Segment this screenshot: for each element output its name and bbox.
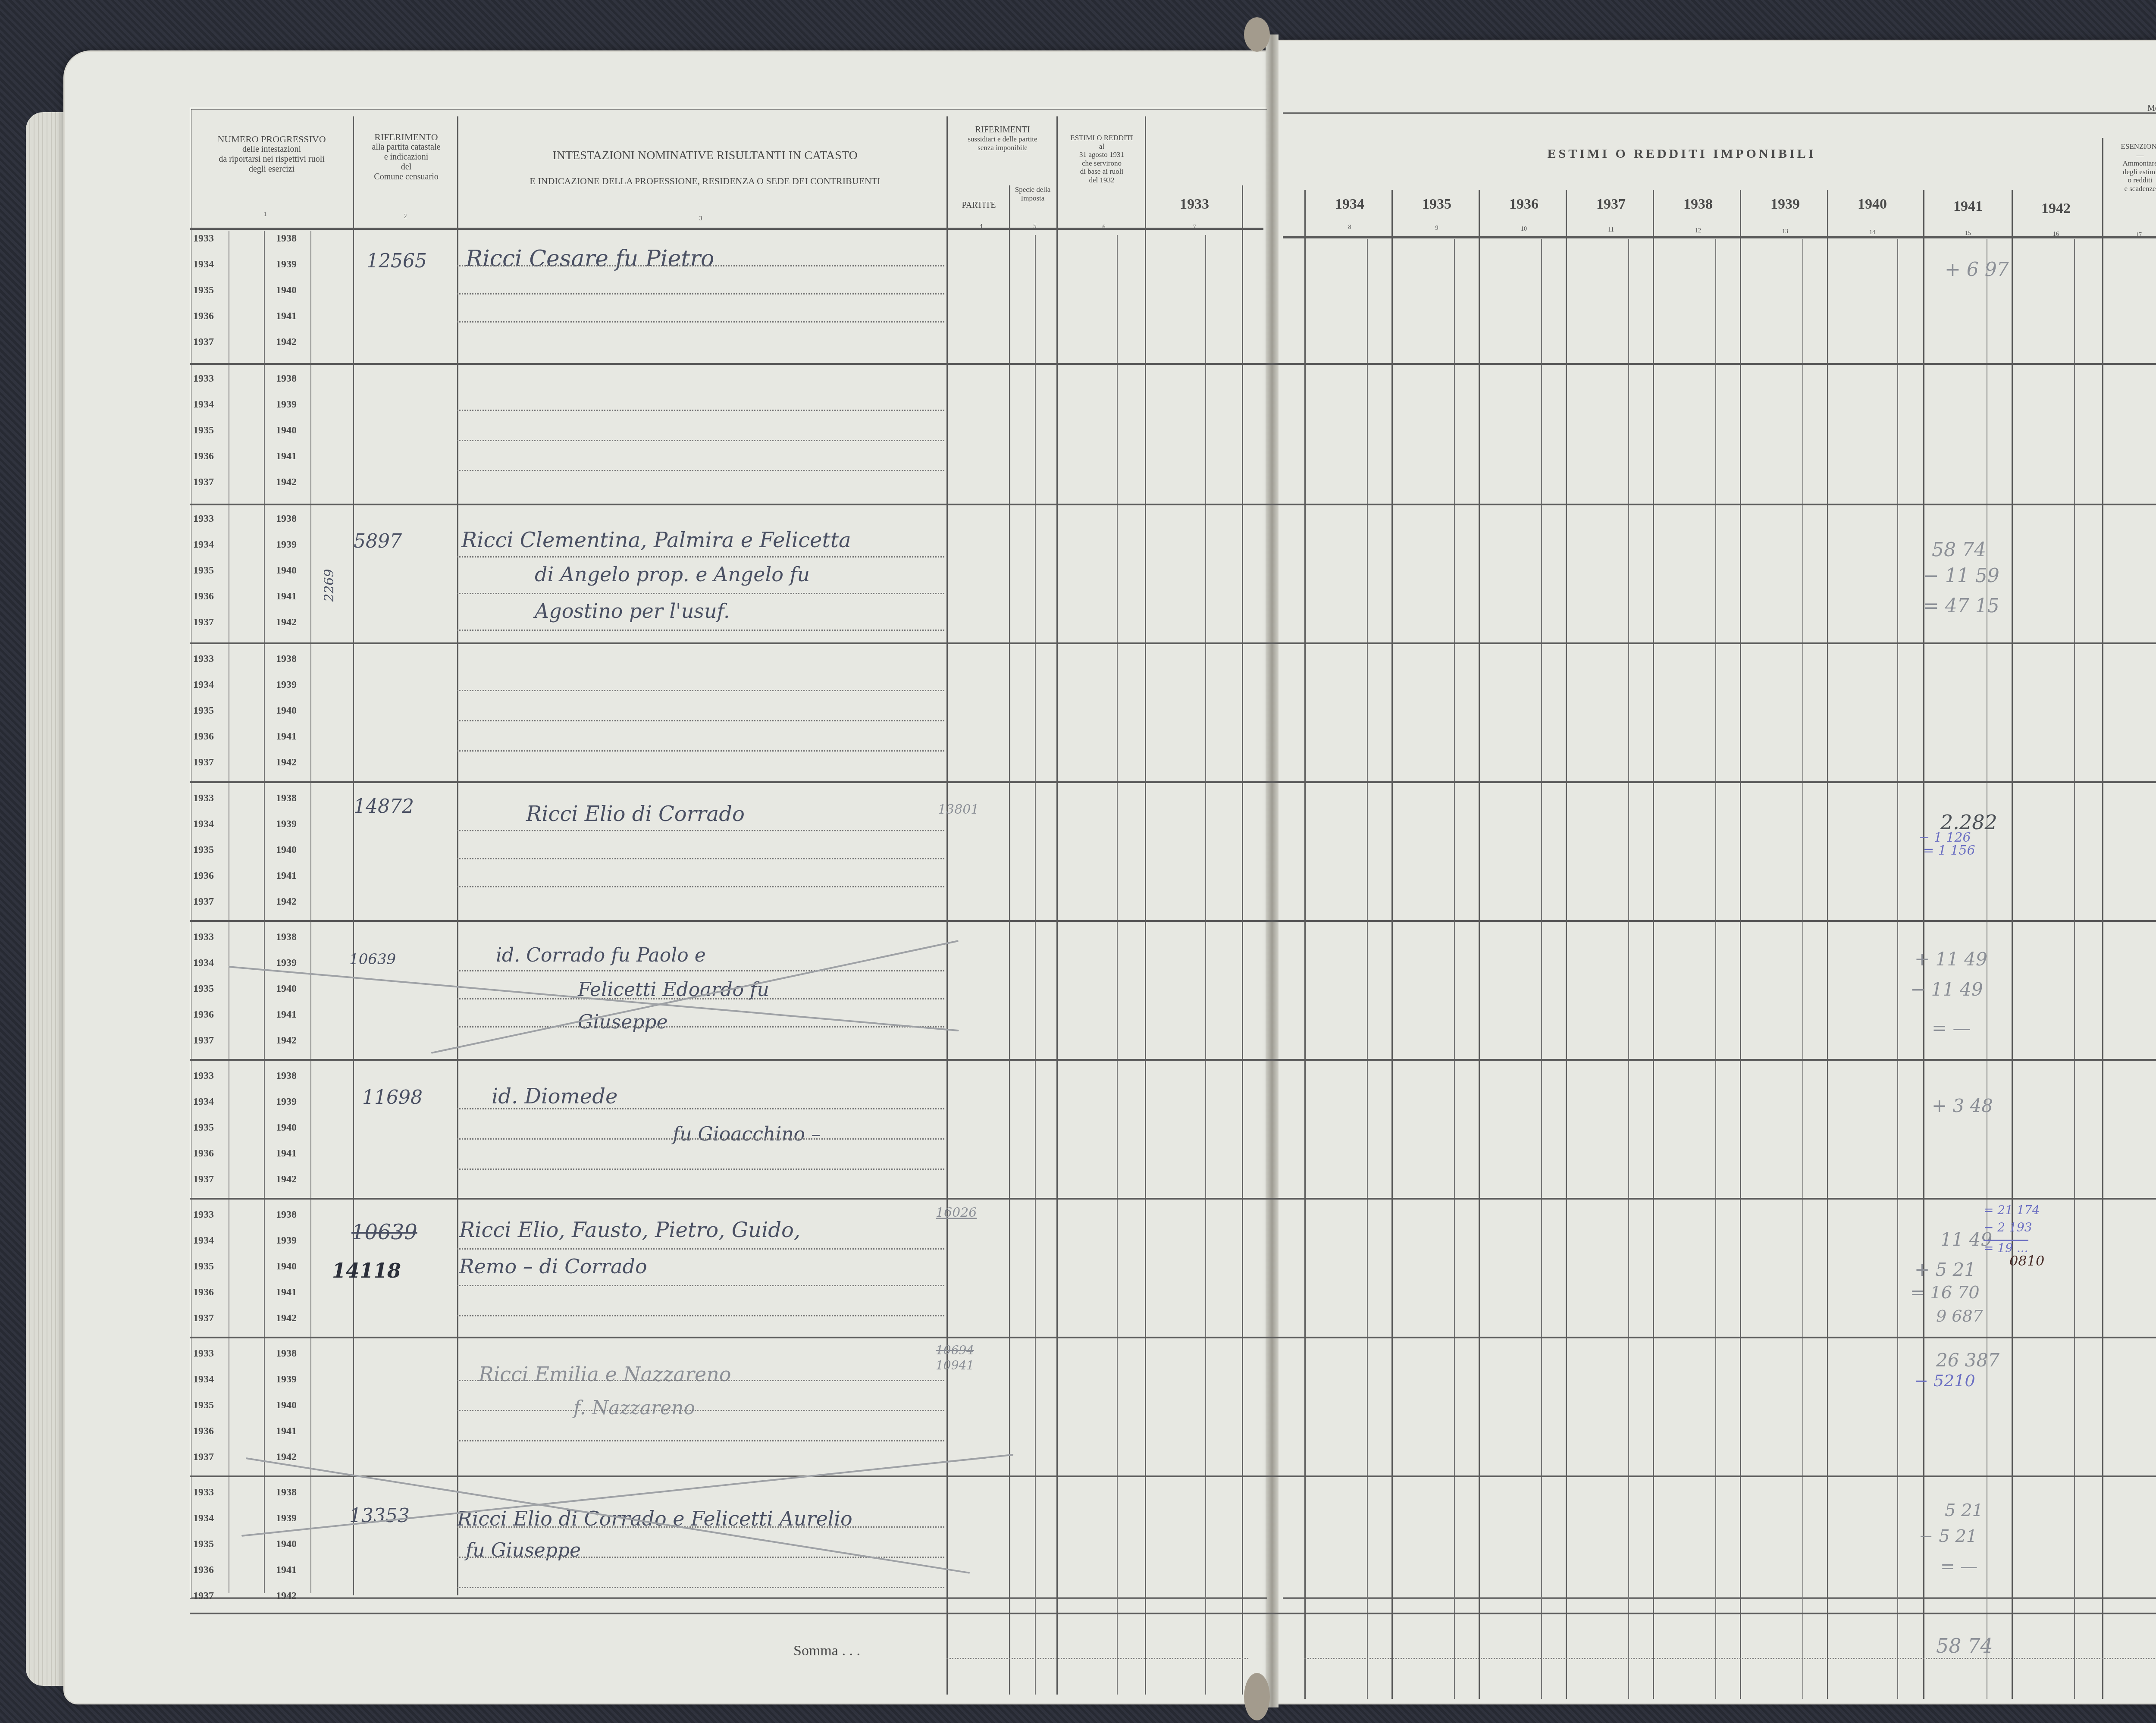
- year-label: 1935: [193, 1400, 214, 1411]
- year-label: 1937: [193, 896, 214, 908]
- year-label: 1934: [193, 259, 214, 270]
- year-label: 1936: [193, 1425, 214, 1437]
- header-year: 1934: [1307, 196, 1393, 213]
- year-label: 1938: [276, 1209, 297, 1221]
- year-label: 1939: [276, 957, 297, 969]
- owner-name: Ricci Elio, Fausto, Pietro, Guido,: [459, 1218, 800, 1242]
- owner-name: Agostino per l'usuf.: [535, 599, 730, 623]
- year-label: 1936: [193, 1564, 214, 1576]
- year-label: 1941: [276, 1287, 297, 1298]
- column-number: 1: [259, 211, 272, 218]
- amount-1941: 5 21: [1945, 1501, 1983, 1520]
- header-line: che servirono: [1059, 159, 1145, 168]
- year-label: 1937: [193, 757, 214, 768]
- amount-1942: = 21 174: [1984, 1203, 2040, 1217]
- partita-number-struck: 10639: [351, 1220, 417, 1244]
- year-label: 1936: [193, 731, 214, 742]
- owner-name: Ricci Emilia e Nazzareno: [479, 1363, 731, 1386]
- year-label: 1937: [193, 1174, 214, 1185]
- year-label: 1934: [193, 957, 214, 969]
- year-label: 1941: [276, 1425, 297, 1437]
- partite-reference: 10941: [936, 1358, 974, 1372]
- amount-1941: 58 74: [1932, 539, 1986, 561]
- owner-name: fu Giuseppe: [466, 1539, 581, 1561]
- partita-number: 12565: [367, 250, 427, 272]
- header-subtitle: E INDICAZIONE DELLA PROFESSIONE, RESIDEN…: [461, 175, 949, 186]
- year-label: 1934: [193, 1096, 214, 1108]
- year-label: 1939: [276, 1374, 297, 1385]
- year-label: 1940: [276, 1122, 297, 1134]
- header-line: ESTIMI O REDDITI: [1059, 134, 1145, 142]
- partita-number: 14872: [354, 796, 414, 818]
- year-label: 1937: [193, 1451, 214, 1463]
- book-spine: [1266, 34, 1279, 1707]
- header-line: e indicazioni: [354, 152, 458, 162]
- owner-name: Ricci Clementina, Palmira e Felicetta: [461, 528, 851, 552]
- partita-number: 10639: [349, 951, 396, 968]
- year-label: 1936: [193, 591, 214, 602]
- year-label: 1940: [276, 565, 297, 576]
- header-line: delle intestazioni: [192, 144, 351, 154]
- year-label: 1939: [276, 1235, 297, 1247]
- year-label: 1941: [276, 731, 297, 742]
- header-year: 1941: [1925, 198, 2011, 215]
- year-label: 1934: [193, 539, 214, 551]
- year-label: 1941: [276, 591, 297, 602]
- header-estimi-1931: ESTIMI O REDDITI al 31 agosto 1931 che s…: [1059, 134, 1145, 184]
- year-label: 1939: [276, 539, 297, 551]
- year-label: 1938: [276, 653, 297, 665]
- year-label: 1942: [276, 1451, 297, 1463]
- column-number: 13: [1781, 229, 1789, 235]
- header-title: NUMERO PROGRESSIVO: [192, 134, 351, 144]
- header-esenzioni: ESENZIONI — Ammontare degli estimi o red…: [2103, 142, 2156, 193]
- year-label: 1935: [193, 1122, 214, 1134]
- header-rule-right: [1283, 236, 2156, 238]
- header-riferimento: RIFERIMENTO alla partita catastale e ind…: [354, 132, 458, 182]
- year-label: 1936: [193, 870, 214, 882]
- year-label: 1938: [276, 373, 297, 385]
- amount-1941: = 16 70: [1910, 1283, 1980, 1303]
- amount-1941: + 3 48: [1932, 1095, 1993, 1116]
- partita-number-new: 14118: [332, 1259, 401, 1282]
- amount-1941: = 47 15: [1923, 595, 1999, 617]
- amount-1941: + 6 97: [1945, 259, 2009, 281]
- header-year: 1935: [1394, 196, 1480, 213]
- header-line: del 1932: [1059, 176, 1145, 185]
- year-label: 1941: [276, 451, 297, 462]
- header-title: RIFERIMENTO: [354, 132, 458, 142]
- year-label: 1940: [276, 1400, 297, 1411]
- owner-name: fu Gioacchino –: [673, 1123, 821, 1145]
- year-label: 1942: [276, 1174, 297, 1185]
- header-line: al: [1059, 142, 1145, 151]
- year-label: 1942: [276, 896, 297, 908]
- partita-number: 11698: [362, 1087, 423, 1109]
- year-label: 1936: [193, 1148, 214, 1159]
- owner-name: Giuseppe: [578, 1011, 668, 1033]
- header-partite: PARTITE: [949, 200, 1009, 210]
- year-label: 1942: [276, 1590, 297, 1602]
- year-label: 1941: [276, 1009, 297, 1021]
- header-line: o redditi: [2103, 176, 2156, 185]
- year-label: 1937: [193, 336, 214, 348]
- year-label: 1935: [193, 425, 214, 436]
- header-year: 1938: [1655, 196, 1741, 213]
- year-label: 1942: [276, 757, 297, 768]
- header-estimi-imponibili: ESTIMI O REDDITI IMPONIBILI: [1423, 147, 1940, 162]
- header-line: 31 agosto 1931: [1059, 150, 1145, 159]
- year-label: 1940: [276, 1538, 297, 1550]
- year-label: 1934: [193, 679, 214, 691]
- partite-reference: 16026: [936, 1205, 977, 1220]
- year-label: 1937: [193, 1313, 214, 1324]
- year-label: 1939: [276, 399, 297, 410]
- column-number: 3: [694, 216, 707, 222]
- header-riferimenti-sussidiari: RIFERIMENTI sussidiari e delle partite s…: [949, 125, 1056, 152]
- year-label: 1936: [193, 1287, 214, 1298]
- amount-1941: − 11 59: [1923, 565, 1999, 587]
- owner-name: Ricci Cesare fu Pietro: [466, 246, 714, 272]
- year-label: 1941: [276, 870, 297, 882]
- header-line: degli estimi: [2103, 168, 2156, 176]
- amount-1941: = —: [1932, 1018, 1971, 1039]
- year-label: 1940: [276, 844, 297, 856]
- header-specie: Specie della Imposta: [1011, 185, 1054, 202]
- binding-thread-bottom: [1244, 1673, 1270, 1720]
- column-number: 12: [1694, 228, 1702, 235]
- year-label: 1933: [193, 1070, 214, 1082]
- year-label: 1935: [193, 1261, 214, 1272]
- amount-1942: − 2 193: [1984, 1220, 2032, 1234]
- amount-1941: 9 687: [1936, 1306, 1983, 1325]
- header-year: 1936: [1481, 196, 1567, 213]
- year-label: 1937: [193, 476, 214, 488]
- amount-1941: = 1 156: [1923, 843, 1975, 858]
- owner-name: Remo – di Corrado: [459, 1255, 647, 1278]
- year-label: 1935: [193, 1538, 214, 1550]
- owner-name: Felicetti Edoardo fu: [578, 979, 769, 1001]
- year-label: 1933: [193, 793, 214, 804]
- header-line: di base ai ruoli: [1059, 167, 1145, 176]
- header-title: ESENZIONI: [2103, 142, 2156, 151]
- header-line: da riportarsi nei rispettivi ruoli: [192, 154, 351, 164]
- column-number: 14: [1868, 229, 1877, 236]
- side-note: 2269: [322, 569, 337, 601]
- year-label: 1938: [276, 1487, 297, 1498]
- year-label: 1940: [276, 705, 297, 717]
- header-year-1933: 1933: [1147, 196, 1242, 213]
- year-label: 1933: [193, 931, 214, 943]
- year-label: 1940: [276, 285, 297, 296]
- header-intestazioni: INTESTAZIONI NOMINATIVE RISULTANTI IN CA…: [461, 149, 949, 186]
- header-line: alla partita catastale: [354, 142, 458, 152]
- year-label: 1933: [193, 1487, 214, 1498]
- year-label: 1935: [193, 983, 214, 995]
- year-label: 1939: [276, 1513, 297, 1524]
- year-label: 1933: [193, 1348, 214, 1360]
- amount-1941: − 5210: [1915, 1371, 1975, 1390]
- binding-thread-top: [1244, 17, 1270, 52]
- year-label: 1934: [193, 1235, 214, 1247]
- year-label: 1939: [276, 818, 297, 830]
- year-label: 1936: [193, 451, 214, 462]
- year-label: 1938: [276, 931, 297, 943]
- year-label: 1934: [193, 818, 214, 830]
- year-label: 1938: [276, 233, 297, 244]
- year-label: 1942: [276, 476, 297, 488]
- year-label: 1940: [276, 1261, 297, 1272]
- header-line: Comune censuario: [354, 172, 458, 182]
- amount-1941: + 11 49: [1915, 949, 1987, 970]
- header-year: 1937: [1568, 196, 1654, 213]
- year-label: 1939: [276, 679, 297, 691]
- year-label: 1934: [193, 399, 214, 410]
- year-label: 1938: [276, 1348, 297, 1360]
- year-label: 1941: [276, 1148, 297, 1159]
- year-label: 1942: [276, 1035, 297, 1046]
- header-numero-progressivo: NUMERO PROGRESSIVO delle intestazioni da…: [192, 134, 351, 174]
- header-title: RIFERIMENTI: [949, 125, 1056, 135]
- year-label: 1937: [193, 1035, 214, 1046]
- header-year: 1940: [1829, 196, 1915, 213]
- owner-name: id. Corrado fu Paolo e: [496, 944, 706, 966]
- year-label: 1938: [276, 793, 297, 804]
- year-label: 1941: [276, 310, 297, 322]
- year-label: 1939: [276, 1096, 297, 1108]
- owner-name: di Angelo prop. e Angelo fu: [535, 563, 810, 586]
- year-label: 1933: [193, 653, 214, 665]
- somma-label: Somma . . .: [793, 1643, 860, 1659]
- year-label: 1941: [276, 1564, 297, 1576]
- somma-line-right: [1304, 1658, 2156, 1659]
- year-label: 1935: [193, 844, 214, 856]
- amount-1941: = —: [1940, 1557, 1977, 1576]
- column-number: 2: [399, 213, 412, 220]
- year-label: 1936: [193, 1009, 214, 1021]
- amount-1941: − 11 49: [1910, 979, 1983, 1000]
- header-line: del: [354, 162, 458, 172]
- column-number: 8: [1345, 224, 1354, 231]
- amount-1941: 26 387: [1936, 1350, 1999, 1371]
- amount-1941: + 5 21: [1915, 1259, 1976, 1280]
- year-label: 1942: [276, 617, 297, 628]
- year-label: 1933: [193, 373, 214, 385]
- year-label: 1938: [276, 513, 297, 525]
- somma-1941-total: 58 74: [1936, 1634, 1993, 1657]
- year-label: 1934: [193, 1513, 214, 1524]
- year-label: 1940: [276, 983, 297, 995]
- year-label: 1937: [193, 1590, 214, 1602]
- somma-line-left: [946, 1658, 1248, 1659]
- owner-name: Ricci Elio di Corrado: [526, 802, 745, 826]
- year-label: 1942: [276, 1313, 297, 1324]
- owner-name: id. Diomede: [492, 1084, 617, 1109]
- year-label: 1933: [193, 233, 214, 244]
- header-year: 1939: [1742, 196, 1828, 213]
- note-1942: 0810: [2009, 1253, 2044, 1269]
- year-label: 1939: [276, 259, 297, 270]
- year-label: 1936: [193, 310, 214, 322]
- header-line: sussidiari e delle partite: [949, 135, 1056, 144]
- year-label: 1938: [276, 1070, 297, 1082]
- partite-reference: 13801: [938, 802, 979, 817]
- header-line: e scadenze: [2103, 185, 2156, 193]
- right-ledger-table: [1283, 112, 2156, 1599]
- year-label: 1933: [193, 513, 214, 525]
- header-line: Ammontare: [2103, 159, 2156, 168]
- column-number: 11: [1607, 227, 1615, 234]
- column-number: 10: [1520, 226, 1528, 233]
- column-number: 9: [1432, 225, 1441, 232]
- year-label: 1935: [193, 705, 214, 717]
- header-line: senza imponibile: [949, 144, 1056, 152]
- year-label: 1935: [193, 285, 214, 296]
- header-dash: —: [2103, 151, 2156, 160]
- year-label: 1937: [193, 617, 214, 628]
- header-line: degli esercizi: [192, 164, 351, 174]
- year-label: 1935: [193, 565, 214, 576]
- header-title: INTESTAZIONI NOMINATIVE RISULTANTI IN CA…: [461, 149, 949, 163]
- year-label: 1933: [193, 1209, 214, 1221]
- partite-reference-struck: 10694: [936, 1343, 974, 1357]
- year-label: 1934: [193, 1374, 214, 1385]
- year-label: 1942: [276, 336, 297, 348]
- year-label: 1940: [276, 425, 297, 436]
- amount-1941: − 5 21: [1919, 1526, 1977, 1546]
- partita-number: 5897: [354, 530, 402, 552]
- header-year: 1942: [2013, 200, 2099, 217]
- header-rule-left: [190, 228, 1263, 230]
- owner-name: f. Nazzareno: [573, 1397, 695, 1419]
